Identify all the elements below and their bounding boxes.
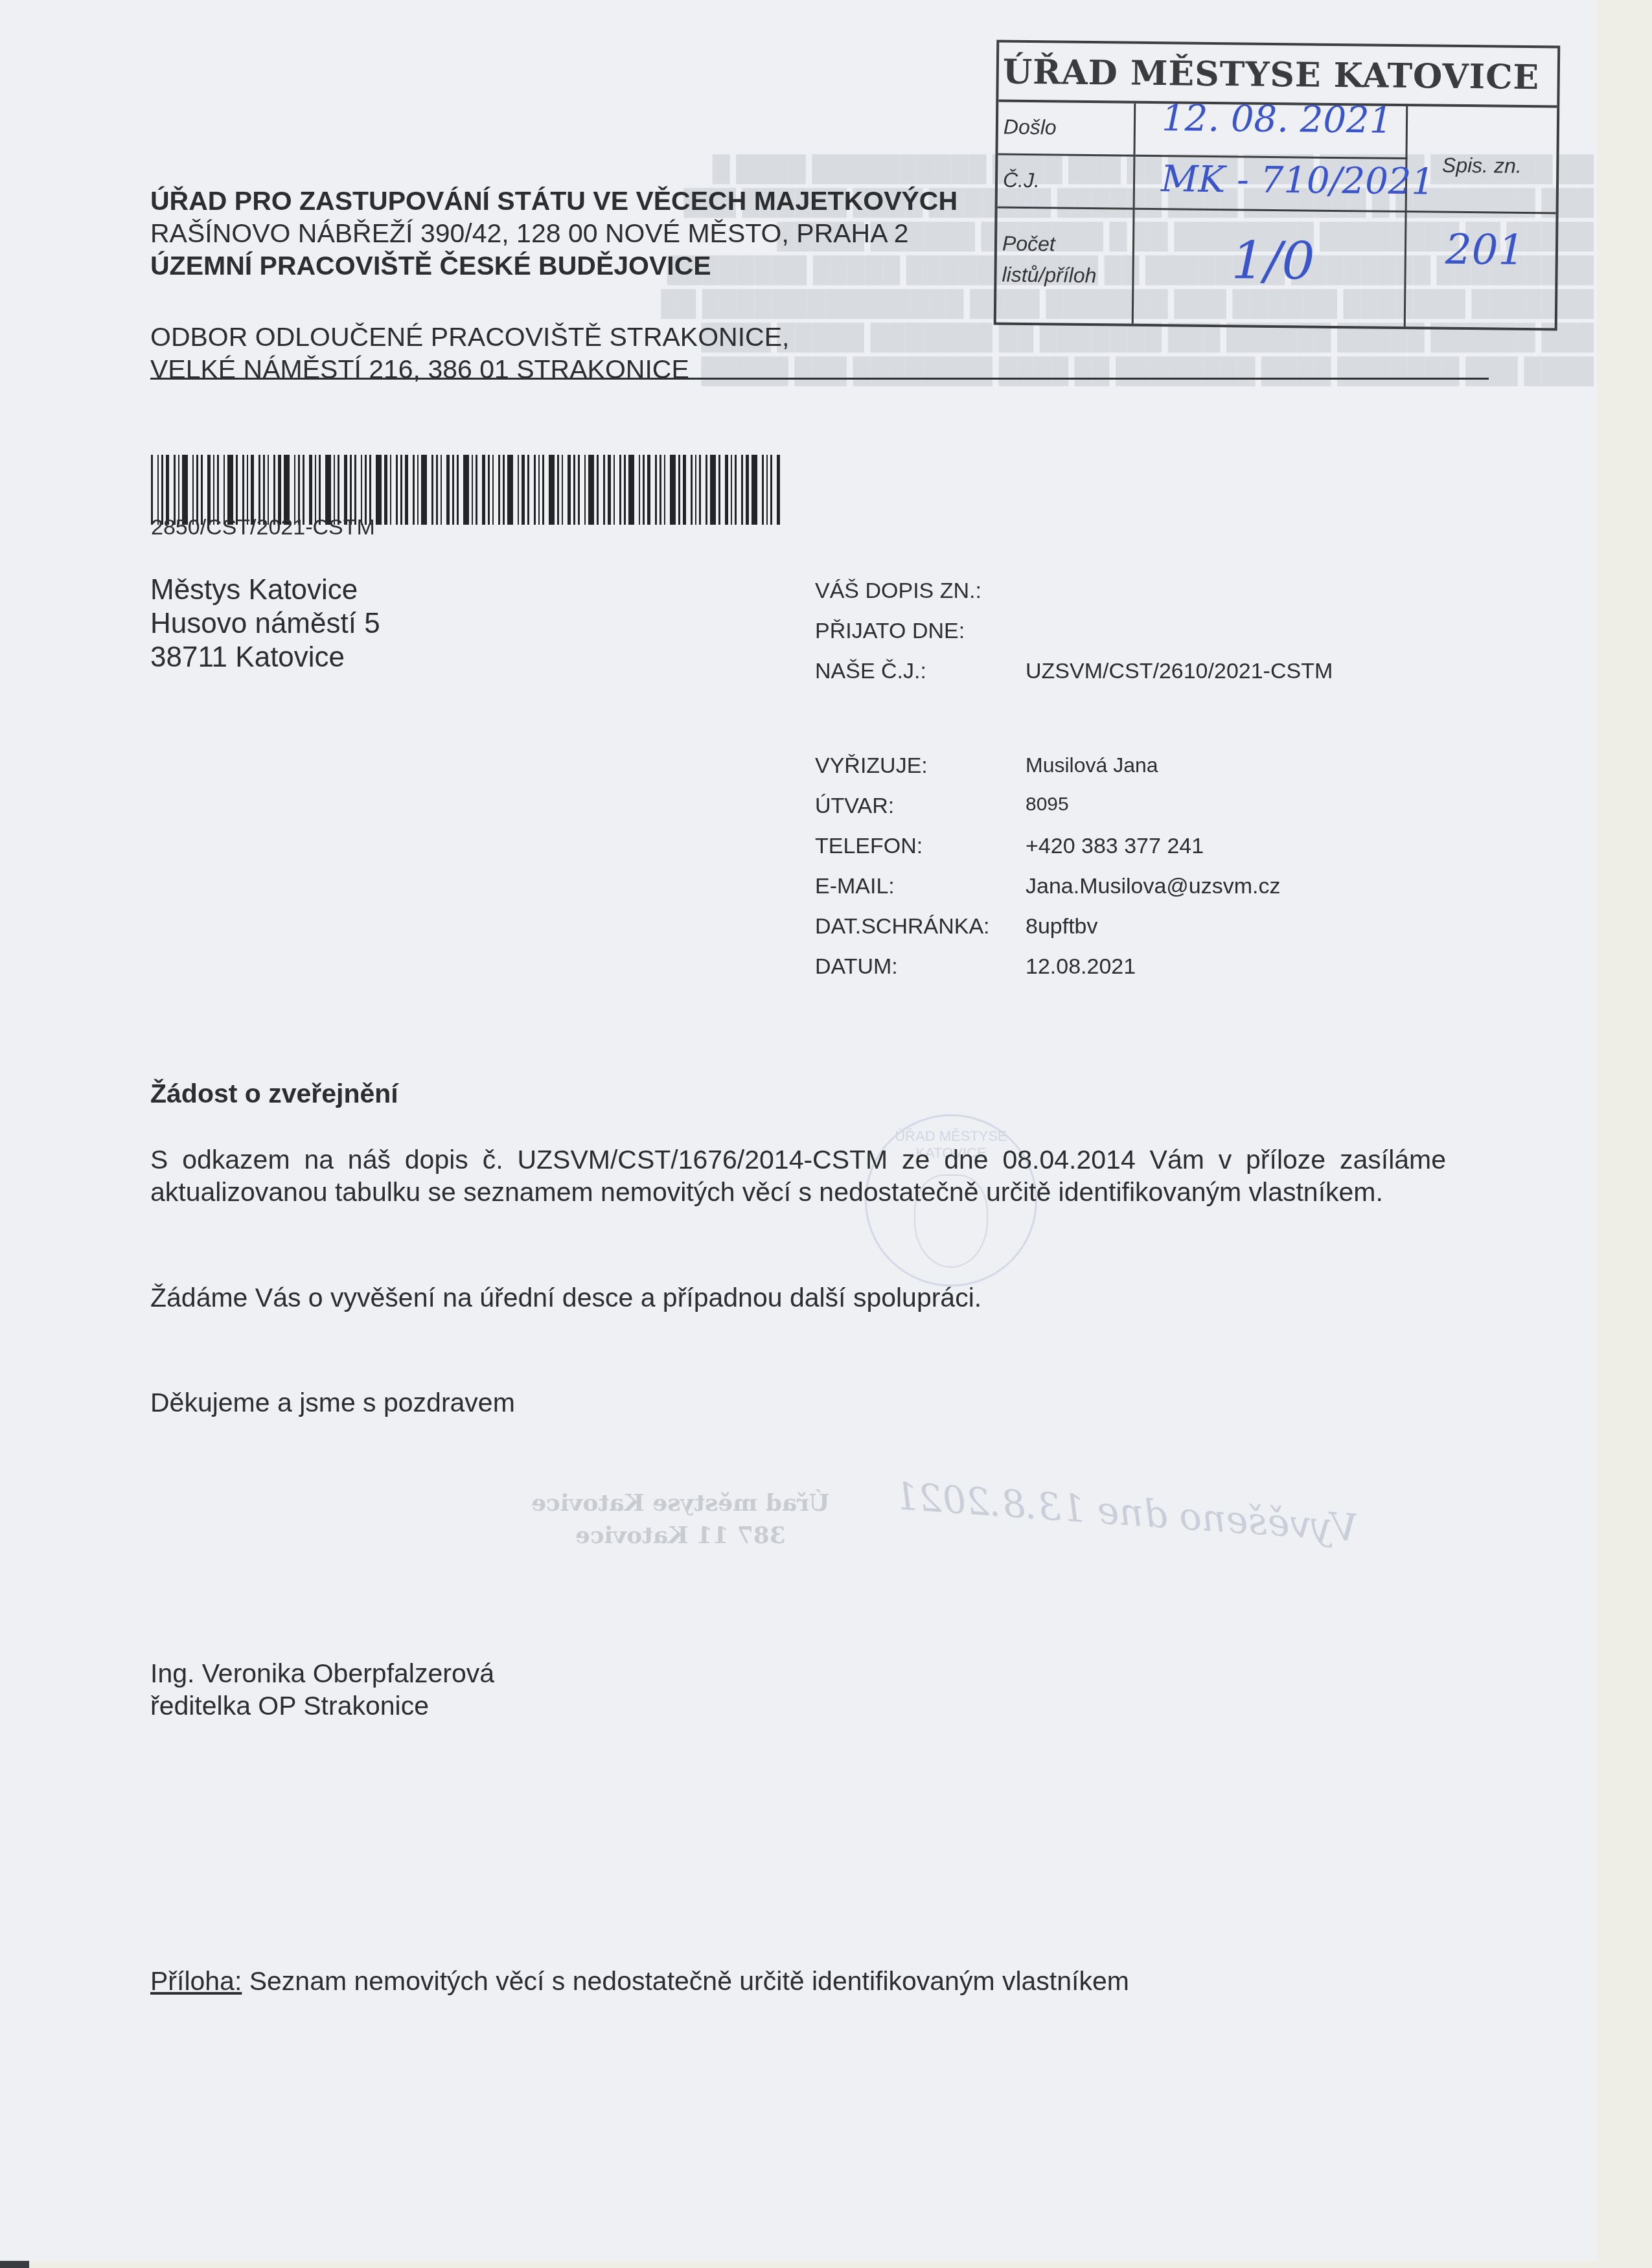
handwritten-cj: MK - 710/2021 — [1161, 158, 1435, 203]
letter-paragraph-2: Žádáme Vás o vyvěšení na úřední desce a … — [150, 1283, 981, 1313]
recipient-city: 38711 Katovice — [150, 641, 380, 674]
sender-department-address: VELKÉ NÁMĚSTÍ 216, 386 01 STRAKONICE — [150, 353, 958, 385]
sender-branch: ÚZEMNÍ PRACOVIŠTĚ ČESKÉ BUDĚJOVICE — [150, 249, 958, 282]
stamp-value-doslo: 12. 08. 2021 — [1135, 104, 1408, 159]
meta-row-prijato: PŘIJATO DNE: — [815, 619, 1333, 659]
barcode — [151, 455, 880, 525]
reference-table: VÁŠ DOPIS ZN.: PŘIJATO DNE: NAŠE Č.J.: U… — [815, 578, 1333, 994]
stamp-value-spis: 201 — [1406, 212, 1556, 328]
handwritten-date: 12. 08. 2021 — [1162, 97, 1393, 142]
sender-block: ÚŘAD PRO ZASTUPOVÁNÍ STÁTU VE VĚCECH MAJ… — [150, 185, 958, 385]
handwritten-spis: 201 — [1445, 226, 1525, 275]
sender-address: RAŠÍNOVO NÁBŘEŽÍ 390/42, 128 00 NOVÉ MĚS… — [150, 217, 958, 249]
meta-label: VÁŠ DOPIS ZN.: — [815, 578, 1026, 604]
barcode-number: 2850/CST/2021-CSTM — [151, 515, 375, 540]
meta-value: +420 383 377 241 — [1026, 834, 1204, 859]
rect-stamp-line1: Úřad městyse Katovice — [531, 1487, 830, 1519]
meta-value: 12.08.2021 — [1026, 954, 1136, 979]
meta-row-vyrizuje: VYŘIZUJE: Musilová Jana — [815, 753, 1333, 794]
stamp-value-cj: MK - 710/2021 — [1135, 157, 1408, 212]
meta-label: NAŠE Č.J.: — [815, 659, 1026, 684]
meta-value: Jana.Musilova@uzsvm.cz — [1026, 874, 1281, 899]
meta-label: VYŘIZUJE: — [815, 753, 1026, 779]
sender-department: ODBOR ODLOUČENÉ PRACOVIŠTĚ STRAKONICE, — [150, 321, 958, 353]
meta-label: DAT.SCHRÁNKA: — [815, 914, 1026, 939]
attachment-label: Příloha: — [150, 1966, 242, 1996]
stamp-value-pocet: 1/0 — [1134, 210, 1407, 326]
header-divider — [150, 378, 1489, 380]
stamp-label-cj: Č.J. — [998, 155, 1136, 209]
letter-subject: Žádost o zveřejnění — [150, 1079, 398, 1109]
meta-row-utvar: ÚTVAR: 8095 — [815, 794, 1333, 834]
meta-label: DATUM: — [815, 954, 1026, 979]
meta-row-nase-cj: NAŠE Č.J.: UZSVM/CST/2610/2021-CSTM — [815, 659, 1333, 699]
meta-value: 8095 — [1026, 794, 1069, 816]
meta-value: Musilová Jana — [1026, 753, 1158, 777]
recipient-street: Husovo náměstí 5 — [150, 607, 380, 641]
recipient-block: Městys Katovice Husovo náměstí 5 38711 K… — [150, 573, 380, 674]
meta-value: UZSVM/CST/2610/2021-CSTM — [1026, 659, 1333, 684]
meta-row-schranka: DAT.SCHRÁNKA: 8upftbv — [815, 914, 1333, 954]
rect-stamp-line2: 387 11 Katovice — [531, 1519, 830, 1552]
signatory-title: ředitelka OP Strakonice — [150, 1690, 494, 1722]
meta-label: ÚTVAR: — [815, 794, 1026, 819]
attachment-text: Seznam nemovitých věcí s nedostatečně ur… — [242, 1966, 1129, 1996]
meta-label: E-MAIL: — [815, 874, 1026, 899]
scanned-letter-page: ██ ███████ ██████ ████ ████ ██ ███ ████ … — [0, 0, 1597, 2261]
meta-row-telefon: TELEFON: +420 383 377 241 — [815, 834, 1333, 874]
handwritten-count: 1/0 — [1231, 230, 1315, 291]
registry-stamp: ÚŘAD MĚSTYSE KATOVICE Došlo 12. 08. 2021… — [994, 40, 1561, 330]
stamp-label-pocet: Počet listů/příloh — [996, 208, 1135, 323]
recipient-name: Městys Katovice — [150, 573, 380, 607]
office-rect-stamp-showthrough: Úřad městyse Katovice 387 11 Katovice — [531, 1487, 830, 1552]
scanner-edge-mark — [0, 2261, 29, 2268]
meta-label: PŘIJATO DNE: — [815, 619, 1026, 644]
letter-paragraph-1: S odkazem na náš dopis č. UZSVM/CST/1676… — [150, 1143, 1446, 1208]
posting-note-showthrough: Vyvěšeno dne 13.8.2021 — [893, 1474, 1360, 1550]
meta-row-vas-dopis: VÁŠ DOPIS ZN.: — [815, 578, 1333, 619]
meta-row-email: E-MAIL: Jana.Musilova@uzsvm.cz — [815, 874, 1333, 914]
meta-value: 8upftbv — [1026, 914, 1098, 939]
letter-closing: Děkujeme a jsme s pozdravem — [150, 1388, 515, 1418]
meta-row-datum: DATUM: 12.08.2021 — [815, 954, 1333, 994]
meta-label: TELEFON: — [815, 834, 1026, 859]
signatory-name: Ing. Veronika Oberpfalzerová — [150, 1657, 494, 1690]
attachment-line: Příloha: Seznam nemovitých věcí s nedost… — [150, 1966, 1129, 1997]
stamp-label-doslo: Došlo — [998, 102, 1136, 156]
sender-org: ÚŘAD PRO ZASTUPOVÁNÍ STÁTU VE VĚCECH MAJ… — [150, 185, 958, 217]
signature-block: Ing. Veronika Oberpfalzerová ředitelka O… — [150, 1657, 494, 1722]
